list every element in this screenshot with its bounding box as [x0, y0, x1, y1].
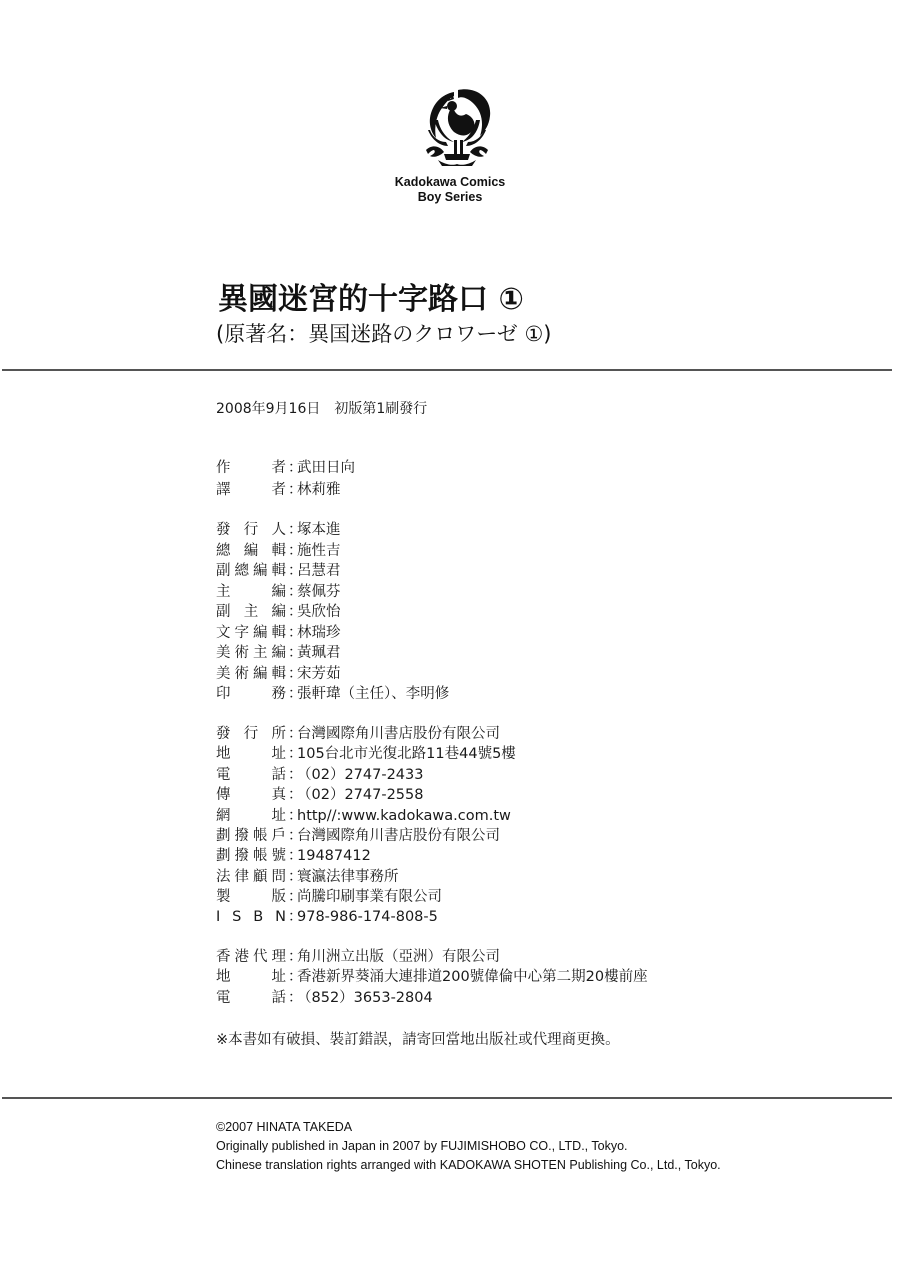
credit-label: 劃撥帳戶	[216, 826, 286, 846]
credit-label-char: 代	[253, 947, 268, 967]
credit-label: 網址	[216, 806, 286, 826]
credit-label-char: 字	[235, 623, 250, 643]
credit-label-char: 副	[216, 602, 231, 622]
credit-label: 傳真	[216, 785, 286, 805]
credit-label-char: 真	[272, 785, 287, 805]
credit-label-char: 輯	[272, 664, 287, 684]
credit-value: 林瑞珍	[297, 623, 341, 643]
credit-label-char: 術	[235, 643, 250, 663]
credit-label-char: 地	[216, 744, 231, 764]
replacement-notice: ※本書如有破損、裝訂錯誤，請寄回當地出版社或代理商更換。	[216, 1028, 620, 1049]
credit-label-char: 址	[272, 806, 287, 826]
original-title: (原著名：異国迷路のクロワーゼ ①)	[216, 321, 551, 347]
credit-label-char: 話	[272, 988, 287, 1008]
credit-value: 978-986-174-808-5	[297, 907, 438, 927]
imprint-line-1: Kadokawa Comics	[370, 175, 530, 190]
credit-label-char: 地	[216, 967, 231, 987]
credit-label-char: 編	[253, 664, 268, 684]
credit-label-char: 編	[253, 561, 268, 581]
credit-label: 文字編輯	[216, 623, 286, 643]
credit-label: 製版	[216, 887, 286, 907]
credit-label-char: 話	[272, 765, 287, 785]
credit-label-char: 網	[216, 806, 231, 826]
credit-label-char: 版	[272, 887, 287, 907]
credit-label-char: 文	[216, 623, 231, 643]
credit-label-char: 港	[235, 947, 250, 967]
credit-label-char: 美	[216, 643, 231, 663]
credit-value: 蔡佩芬	[297, 582, 341, 602]
credit-label: 印務	[216, 684, 286, 704]
credit-label-char: 作	[216, 458, 231, 478]
credit-value: （02）2747-2558	[297, 785, 424, 805]
credit-label: 主編	[216, 582, 286, 602]
credit-label-char: 撥	[235, 826, 250, 846]
credit-label-char: 總	[235, 561, 250, 581]
phoenix-emblem-icon	[418, 84, 496, 170]
credit-value: 尚騰印刷事業有限公司	[297, 887, 442, 907]
credit-label: 發行所	[216, 724, 286, 744]
credit-label: 發行人	[216, 520, 286, 540]
credit-value: （02）2747-2433	[297, 765, 424, 785]
credit-label-char: 劃	[216, 846, 231, 866]
credit-label: 電話	[216, 765, 286, 785]
credit-label-char: 務	[272, 684, 287, 704]
credit-label-char: 主	[216, 582, 231, 602]
credit-label-char: S	[232, 907, 241, 927]
credit-label: 副主編	[216, 602, 286, 622]
credit-label-char: 劃	[216, 826, 231, 846]
credit-label: 譯者	[216, 480, 286, 500]
credit-label: ISBN	[216, 907, 286, 927]
divider-bottom	[2, 1097, 892, 1099]
credit-value: 呂慧君	[297, 561, 341, 581]
edition-date: 2008年9月16日 初版第1刷發行	[216, 398, 427, 418]
credit-label-char: 總	[216, 541, 231, 561]
credit-label-char: 副	[216, 561, 231, 581]
credit-value: （852）3653-2804	[297, 988, 433, 1008]
book-title: 異國迷宮的十字路口 ①	[218, 283, 524, 317]
credit-value: 台灣國際角川書店股份有限公司	[297, 826, 500, 846]
credit-label-char: 撥	[235, 846, 250, 866]
credit-label-char: 主	[253, 643, 268, 663]
credit-label-char: N	[275, 907, 286, 927]
credit-label-char: 理	[272, 947, 287, 967]
credit-label-char: 者	[272, 480, 287, 500]
credit-label: 副總編輯	[216, 561, 286, 581]
credit-label: 地址	[216, 967, 286, 987]
credit-label-char: B	[253, 907, 263, 927]
credit-value: 105台北市光復北路11巷44號5樓	[297, 744, 516, 764]
credit-value: 宋芳茹	[297, 664, 341, 684]
credit-label: 香港代理	[216, 947, 286, 967]
credit-value: 林莉雅	[297, 480, 341, 500]
credit-label: 電話	[216, 988, 286, 1008]
credit-value: 寰瀛法律事務所	[297, 867, 399, 887]
credit-label: 美術主編	[216, 643, 286, 663]
credit-label-char: 顧	[253, 867, 268, 887]
credit-label-char: 編	[272, 643, 287, 663]
credit-label-char: 人	[272, 520, 287, 540]
credit-value: 張軒瑋（主任）、李明修	[297, 684, 449, 704]
credit-value: 武田日向	[297, 458, 355, 478]
credit-label-char: 印	[216, 684, 231, 704]
credit-label: 總編輯	[216, 541, 286, 561]
credit-value: 塚本進	[297, 520, 341, 540]
credit-label-char: 傳	[216, 785, 231, 805]
translation-rights-line: Chinese translation rights arranged with…	[216, 1156, 721, 1174]
credit-label-char: 問	[272, 867, 287, 887]
credit-value: 香港新界葵涌大連排道200號偉倫中心第二期20樓前座	[297, 967, 648, 987]
credit-label-char: 輯	[272, 541, 287, 561]
credit-label-char: 發	[216, 520, 231, 540]
credit-label-char: 者	[272, 458, 287, 478]
credit-label-char: 編	[272, 582, 287, 602]
credit-value: http//:www.kadokawa.com.tw	[297, 806, 511, 826]
original-publication-line: Originally published in Japan in 2007 by…	[216, 1137, 628, 1155]
imprint-line-2: Boy Series	[370, 190, 530, 205]
credit-label-char: 所	[272, 724, 287, 744]
credit-label-char: 製	[216, 887, 231, 907]
credit-label: 地址	[216, 744, 286, 764]
credit-label-char: 術	[235, 664, 250, 684]
credit-value: 台灣國際角川書店股份有限公司	[297, 724, 500, 744]
credit-label-char: 行	[244, 520, 259, 540]
divider-top	[2, 369, 892, 371]
credit-label-char: 行	[244, 724, 259, 744]
credit-label: 劃撥帳號	[216, 846, 286, 866]
credit-label-char: 編	[244, 541, 259, 561]
copyright-line: ©2007 HINATA TAKEDA	[216, 1118, 352, 1136]
credit-value: 19487412	[297, 846, 371, 866]
credit-label-char: 輯	[272, 561, 287, 581]
credit-label-char: 戶	[272, 826, 287, 846]
credit-label-char: 律	[235, 867, 250, 887]
credit-label-char: 電	[216, 988, 231, 1008]
credit-label-char: 編	[253, 623, 268, 643]
credit-label: 美術編輯	[216, 664, 286, 684]
credit-label-char: 香	[216, 947, 231, 967]
credit-value: 黃珮君	[297, 643, 341, 663]
credit-label-char: 法	[216, 867, 231, 887]
credit-label-char: 電	[216, 765, 231, 785]
credit-label-char: 發	[216, 724, 231, 744]
credit-value: 施性吉	[297, 541, 341, 561]
credit-label-char: 帳	[253, 826, 268, 846]
credit-label-char: 址	[272, 744, 287, 764]
credit-label-char: 輯	[272, 623, 287, 643]
credit-label-char: 美	[216, 664, 231, 684]
credit-label-char: 譯	[216, 480, 231, 500]
credit-value: 角川洲立出版（亞洲）有限公司	[297, 947, 500, 967]
credit-label-char: 帳	[253, 846, 268, 866]
credit-label-char: 主	[244, 602, 259, 622]
credit-label-char: 址	[272, 967, 287, 987]
credit-label-char: 編	[272, 602, 287, 622]
credit-value: 吳欣怡	[297, 602, 341, 622]
credit-label: 作者	[216, 458, 286, 478]
credit-label-char: I	[216, 907, 220, 927]
credit-label: 法律顧問	[216, 867, 286, 887]
credit-label-char: 號	[272, 846, 287, 866]
